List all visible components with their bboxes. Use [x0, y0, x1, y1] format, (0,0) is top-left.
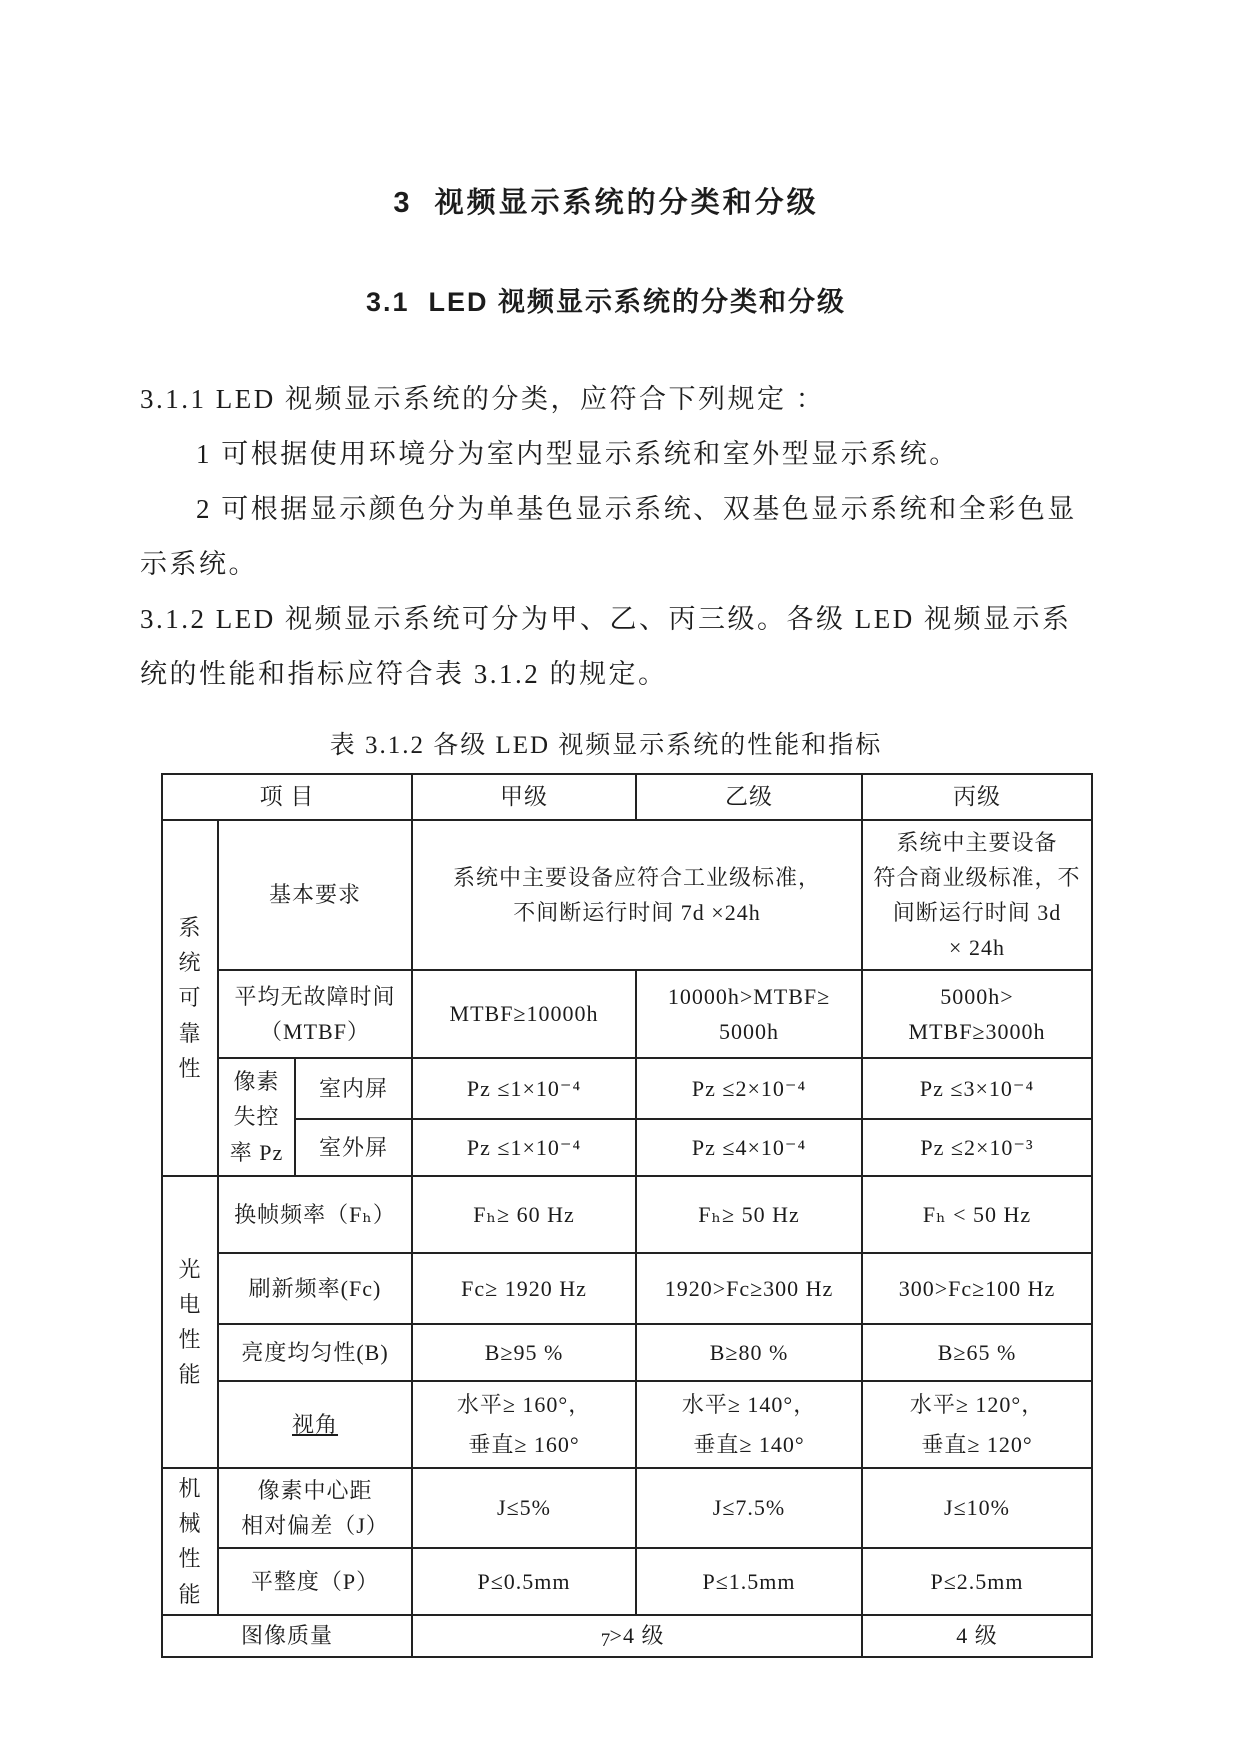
- paragraph-3-1-1-item-2-line-2: 示系统。: [140, 542, 258, 581]
- cell-brightness-grade-c: B≥65 %: [862, 1324, 1092, 1381]
- paragraph-3-1-1-item-2-line-1: 2 可根据显示颜色分为单基色显示系统、双基色显示系统和全彩色显: [196, 487, 1077, 526]
- row-label-flatness: 平整度（P）: [218, 1548, 412, 1615]
- table-row-pz-indoor: 像素 失控 率 Pz 室内屏 Pz ≤1×10⁻⁴ Pz ≤2×10⁻⁴ Pz …: [162, 1058, 1092, 1119]
- cell-refresh-rate-grade-c: 300>Fc≥100 Hz: [862, 1253, 1092, 1324]
- section-heading: 3.1 LED 视频显示系统的分类和分级: [140, 280, 1072, 319]
- row-label-frame-rate: 换帧频率（Fₕ）: [218, 1176, 412, 1253]
- cell-frame-rate-grade-a: Fₕ≥ 60 Hz: [412, 1176, 636, 1253]
- cell-pixel-pitch-grade-a: J≤5%: [412, 1468, 636, 1548]
- table-row-refresh-rate: 刷新频率(Fc) Fc≥ 1920 Hz 1920>Fc≥300 Hz 300>…: [162, 1253, 1092, 1324]
- document-page: 3 视频显示系统的分类和分级 3.1 LED 视频显示系统的分类和分级 3.1.…: [0, 0, 1241, 1754]
- table-row-mtbf: 平均无故障时间 （MTBF） MTBF≥10000h 10000h>MTBF≥ …: [162, 970, 1092, 1058]
- page-number: 7: [140, 1630, 1072, 1652]
- col-header-grade-b: 乙级: [636, 774, 862, 820]
- paragraph-3-1-2-line-2: 统的性能和指标应符合表 3.1.2 的规定。: [140, 652, 668, 691]
- cell-mtbf-grade-b: 10000h>MTBF≥ 5000h: [636, 970, 862, 1058]
- row-label-basic-requirements: 基本要求: [218, 820, 412, 970]
- cell-pz-indoor-grade-a: Pz ≤1×10⁻⁴: [412, 1058, 636, 1119]
- category-mechanical-performance: 机 械 性 能: [162, 1468, 218, 1615]
- table-row-pz-outdoor: 室外屏 Pz ≤1×10⁻⁴ Pz ≤4×10⁻⁴ Pz ≤2×10⁻³: [162, 1119, 1092, 1176]
- cell-frame-rate-grade-b: Fₕ≥ 50 Hz: [636, 1176, 862, 1253]
- paragraph-3-1-2-line-1: 3.1.2 LED 视频显示系统可分为甲、乙、丙三级。各级 LED 视频显示系: [140, 597, 1071, 636]
- cell-flatness-grade-c: P≤2.5mm: [862, 1548, 1092, 1615]
- table-row-pixel-pitch-deviation: 机 械 性 能 像素中心距 相对偏差（J） J≤5% J≤7.5% J≤10%: [162, 1468, 1092, 1548]
- row-label-refresh-rate: 刷新频率(Fc): [218, 1253, 412, 1324]
- cell-pixel-pitch-grade-c: J≤10%: [862, 1468, 1092, 1548]
- cell-mtbf-grade-a: MTBF≥10000h: [412, 970, 636, 1058]
- cell-pixel-pitch-grade-b: J≤7.5%: [636, 1468, 862, 1548]
- cell-view-angle-grade-c: 水平≥ 120°， 垂直≥ 120°: [862, 1381, 1092, 1468]
- cell-mtbf-grade-c: 5000h> MTBF≥3000h: [862, 970, 1092, 1058]
- category-system-reliability: 系 统 可 靠 性: [162, 820, 218, 1176]
- cell-basic-grade-c: 系统中主要设备 符合商业级标准，不 间断运行时间 3d × 24h: [862, 820, 1092, 970]
- cell-brightness-grade-a: B≥95 %: [412, 1324, 636, 1381]
- table-row-frame-rate: 光 电 性 能 换帧频率（Fₕ） Fₕ≥ 60 Hz Fₕ≥ 50 Hz Fₕ …: [162, 1176, 1092, 1253]
- row-label-pixel-failure-rate: 像素 失控 率 Pz: [218, 1058, 295, 1176]
- row-label-brightness-uniformity: 亮度均匀性(B): [218, 1324, 412, 1381]
- cell-pz-indoor-grade-c: Pz ≤3×10⁻⁴: [862, 1058, 1092, 1119]
- row-label-pixel-pitch-deviation: 像素中心距 相对偏差（J）: [218, 1468, 412, 1548]
- table-row-basic-requirements: 系 统 可 靠 性 基本要求 系统中主要设备应符合工业级标准， 不间断运行时间 …: [162, 820, 1092, 970]
- col-header-item: 项 目: [162, 774, 412, 820]
- category-optoelectronic-performance: 光 电 性 能: [162, 1176, 218, 1468]
- cell-refresh-rate-grade-b: 1920>Fc≥300 Hz: [636, 1253, 862, 1324]
- row-label-mtbf: 平均无故障时间 （MTBF）: [218, 970, 412, 1058]
- chapter-heading: 3 视频显示系统的分类和分级: [140, 180, 1072, 221]
- cell-pz-indoor-grade-b: Pz ≤2×10⁻⁴: [636, 1058, 862, 1119]
- cell-flatness-grade-b: P≤1.5mm: [636, 1548, 862, 1615]
- paragraph-3-1-1: 3.1.1 LED 视频显示系统的分类，应符合下列规定 ：: [140, 377, 825, 416]
- col-header-grade-a: 甲级: [412, 774, 636, 820]
- table-row-flatness: 平整度（P） P≤0.5mm P≤1.5mm P≤2.5mm: [162, 1548, 1092, 1615]
- cell-pz-outdoor-grade-c: Pz ≤2×10⁻³: [862, 1119, 1092, 1176]
- paragraph-3-1-1-item-1: 1 可根据使用环境分为室内型显示系统和室外型显示系统。: [196, 432, 959, 471]
- cell-view-angle-grade-b: 水平≥ 140°， 垂直≥ 140°: [636, 1381, 862, 1468]
- table-row-brightness-uniformity: 亮度均匀性(B) B≥95 % B≥80 % B≥65 %: [162, 1324, 1092, 1381]
- cell-view-angle-grade-a: 水平≥ 160°， 垂直≥ 160°: [412, 1381, 636, 1468]
- row-label-outdoor-screen: 室外屏: [295, 1119, 412, 1176]
- cell-pz-outdoor-grade-a: Pz ≤1×10⁻⁴: [412, 1119, 636, 1176]
- row-label-view-angle: 视角: [218, 1381, 412, 1468]
- cell-refresh-rate-grade-a: Fc≥ 1920 Hz: [412, 1253, 636, 1324]
- row-label-indoor-screen: 室内屏: [295, 1058, 412, 1119]
- table-caption: 表 3.1.2 各级 LED 视频显示系统的性能和指标: [140, 725, 1072, 761]
- performance-table: 项 目 甲级 乙级 丙级 系 统 可 靠 性 基本要求 系统中主要设备应符合工业…: [161, 773, 1093, 1658]
- col-header-grade-c: 丙级: [862, 774, 1092, 820]
- cell-pz-outdoor-grade-b: Pz ≤4×10⁻⁴: [636, 1119, 862, 1176]
- cell-brightness-grade-b: B≥80 %: [636, 1324, 862, 1381]
- cell-frame-rate-grade-c: Fₕ < 50 Hz: [862, 1176, 1092, 1253]
- table-row-header: 项 目 甲级 乙级 丙级: [162, 774, 1092, 820]
- table-row-view-angle: 视角 水平≥ 160°， 垂直≥ 160° 水平≥ 140°， 垂直≥ 140°…: [162, 1381, 1092, 1468]
- cell-basic-grade-ab: 系统中主要设备应符合工业级标准， 不间断运行时间 7d ×24h: [412, 820, 862, 970]
- cell-flatness-grade-a: P≤0.5mm: [412, 1548, 636, 1615]
